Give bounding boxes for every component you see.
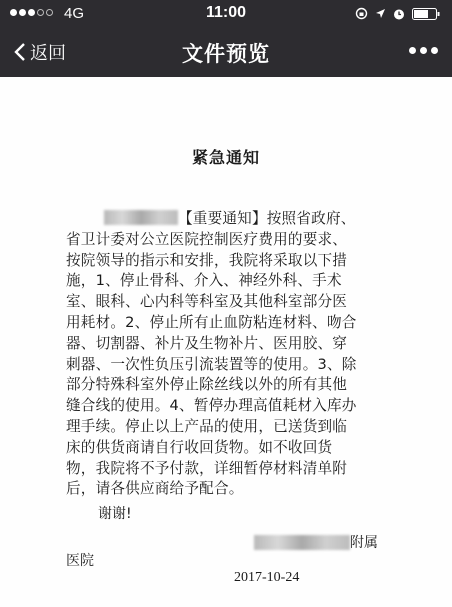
document-body: 【重要通知】按照省政府、 省卫计委对公立医院控制医疗费用的要求、 按院领导的指示… [66,209,378,500]
body-line: 室、眼科、心内科等科室及其他科室部分医 [66,292,378,313]
document-preview: 紧急通知 【重要通知】按照省政府、 省卫计委对公立医院控制医疗费用的要求、 按院… [0,77,452,607]
signature-line-2: 医院 [66,550,94,570]
body-line: 用耗材。2、停止所有止血防粘连材料、吻合 [66,313,378,334]
body-line: 后，请各供应商给予配合。 [66,479,378,500]
document-title: 紧急通知 [0,145,452,168]
body-line: 理手续。停止以上产品的使用，已送货到临 [66,417,378,438]
body-line: 省卫计委对公立医院控制医疗费用的要求、 [66,230,378,251]
body-line: 床的供货商请自行收回货物。如不收回货 [66,438,378,459]
navigation-bar: 返回 文件预览 [0,30,452,75]
page-title: 文件预览 [0,38,452,68]
body-line: 按院领导的指示和安排，我院将采取以下措 [66,251,378,272]
status-bar: 4G 11:00 [0,0,452,28]
orientation-lock-icon [355,7,368,20]
signature: 附属 [254,532,378,552]
top-bar: 4G 11:00 返回 文件预览 [0,0,452,77]
body-line: 缝合线的使用。4、暂停办理高值耗材入库办 [66,396,378,417]
document-date: 2017-10-24 [234,570,299,586]
redacted-text [254,535,350,550]
location-icon [375,8,386,19]
alarm-icon [393,8,405,20]
body-line: 器、切割器、补片及生物补片、医用胶、穿 [66,334,378,355]
body-line: 【重要通知】按照省政府、 [66,209,378,230]
body-line: 部分特殊科室外停止除丝线以外的所有其他 [66,375,378,396]
redacted-text [104,210,178,225]
body-line: 施，1、停止骨科、介入、神经外科、手术 [66,271,378,292]
battery-icon [412,8,440,20]
body-line: 刺器、一次性负压引流装置等的使用。3、除 [66,355,378,376]
body-line: 物，我院将不予付款，详细暂停材料清单附 [66,459,378,480]
closing-thanks: 谢谢! [98,503,132,523]
more-dots-icon[interactable] [409,47,438,54]
